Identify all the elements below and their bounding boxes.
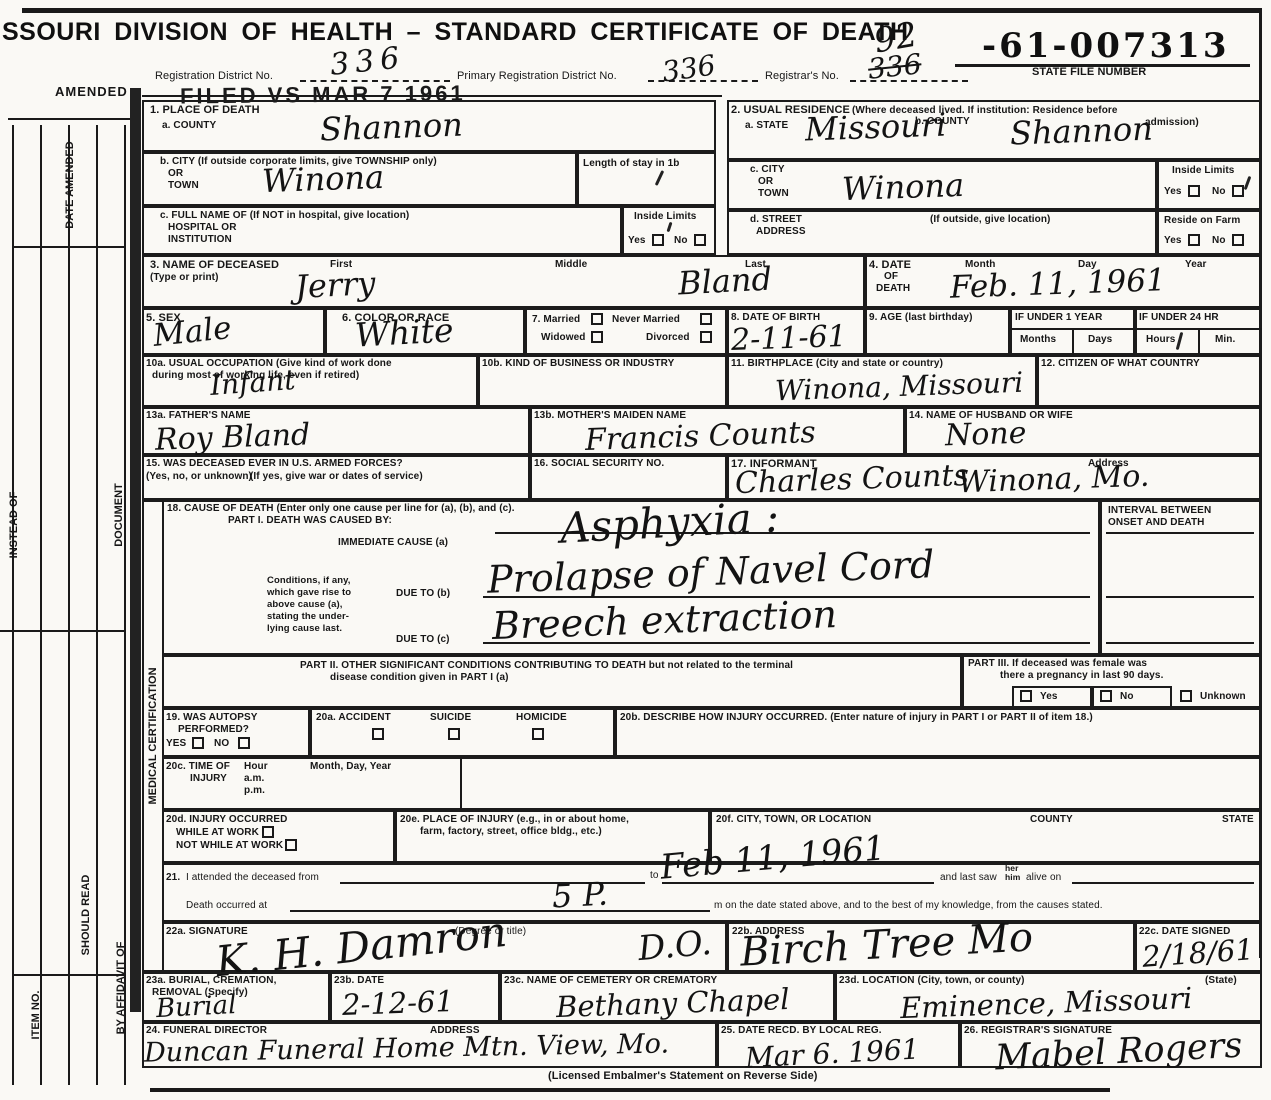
color-or-race-value: White	[354, 310, 454, 354]
amended-label: AMENDED	[55, 84, 128, 100]
top-border-line	[22, 8, 1262, 13]
margin-line	[12, 974, 124, 976]
state-file-number-label: STATE FILE NUMBER	[1032, 66, 1146, 80]
registrar-no-value: 336	[866, 47, 923, 85]
margin-divider-bar	[130, 88, 141, 1012]
place-of-injury-label2: farm, factory, street, office bldg., etc…	[420, 826, 602, 839]
age-label: 9. AGE (last birthday)	[869, 312, 973, 325]
usual-occupation-value: Infant	[209, 363, 297, 402]
first-name-value: Jerry	[294, 264, 376, 306]
never-married-checkbox	[700, 313, 712, 325]
informant-address-value: Winona, Mo.	[957, 459, 1149, 501]
item-no-label: ITEM NO.	[30, 991, 42, 1040]
cause-of-death-label: 18. CAUSE OF DEATH (Enter only one cause…	[167, 503, 515, 516]
bottom-border-line	[150, 1088, 1110, 1092]
divorced-label: Divorced	[646, 332, 690, 345]
inside-limits-1-yes-checkbox	[652, 234, 664, 246]
should-read-label: SHOULD READ	[80, 875, 92, 956]
citizen-of-label: 12. CITIZEN OF WHAT COUNTRY	[1041, 358, 1200, 371]
interval-b-line	[1106, 596, 1254, 598]
hours-label: Hours	[1146, 334, 1175, 347]
conditions-note-1: Conditions, if any,	[267, 576, 351, 586]
date-amended-label: DATE AMENDED	[64, 141, 76, 228]
date-of-birth-value: 2-11-61	[730, 319, 847, 358]
year-header: Year	[1185, 259, 1207, 272]
days-label: Days	[1088, 334, 1112, 347]
name-of-deceased-label: 3. NAME OF DECEASED	[150, 259, 279, 273]
fathers-name-value: Roy Bland	[154, 417, 310, 457]
autopsy-label2: PERFORMED?	[178, 724, 249, 737]
death-statement-text: m on the date stated above, and to the b…	[714, 900, 1103, 913]
state-label: a. STATE	[745, 120, 788, 133]
am-label: a.m.	[244, 773, 264, 786]
death-occurred-text: Death occurred at	[186, 900, 267, 913]
reside-on-farm-label: Reside on Farm	[1164, 215, 1240, 228]
street-address-label: d. STREET	[750, 214, 802, 227]
margin-column-line	[12, 125, 14, 1085]
type-or-print-note: (Type or print)	[150, 272, 219, 285]
armed-forces-label: 15. WAS DECEASED EVER IN U.S. ARMED FORC…	[146, 458, 403, 471]
inside-limits-2-yes-checkbox	[1188, 185, 1200, 197]
date-of-death-value: Feb. 11, 1961	[949, 262, 1166, 306]
alive-on-blank	[1072, 882, 1254, 884]
registration-district-value: 336	[328, 40, 407, 83]
grid-line	[1072, 328, 1074, 355]
last-name-value: Bland	[677, 260, 773, 303]
street-address-note: (If outside, give location)	[930, 214, 1050, 227]
month-day-year-label: Month, Day, Year	[310, 761, 391, 774]
date-of-death-label2: OF	[884, 271, 898, 284]
attended-to-text: to	[650, 870, 659, 883]
county-value: Shannon	[319, 106, 463, 149]
injury-state-label: STATE	[1222, 814, 1254, 827]
conditions-note-5: lying cause last.	[267, 624, 342, 634]
residence-city-or: OR	[758, 176, 773, 189]
if-under-24-hr-label: IF UNDER 24 HR	[1139, 312, 1219, 325]
street-address-label2: ADDRESS	[756, 226, 806, 239]
burial-type-label: 23a. BURIAL, CREMATION,	[146, 975, 276, 988]
death-certificate-scan: AMENDED DATE AMENDED INSTEAD OF DOCUMENT…	[0, 0, 1271, 1100]
married-checkbox	[591, 313, 603, 325]
no-label: No	[1212, 235, 1226, 248]
attended-from-text: I attended the deceased from	[186, 872, 319, 885]
due-to-c-label: DUE TO (c)	[396, 634, 450, 647]
burial-date-value: 2-12-61	[341, 984, 454, 1022]
middle-name-header: Middle	[555, 259, 587, 272]
unknown-label: Unknown	[1200, 691, 1246, 704]
margin-column-line	[96, 125, 98, 1085]
margin-line	[0, 630, 124, 632]
state-file-number: -61-007313	[982, 26, 1229, 66]
conditions-note-3: above cause (a),	[267, 600, 343, 610]
city-town-or: OR	[168, 168, 183, 181]
part2-label2: disease condition given in PART I (a)	[330, 672, 509, 685]
margin-column-line	[40, 125, 42, 1085]
usual-residence-note2: admission)	[1145, 117, 1199, 130]
autopsy-label: 19. WAS AUTOPSY	[166, 712, 258, 725]
conditions-note-4: stating the under-	[267, 612, 349, 622]
burial-date-label: 23b. DATE	[334, 975, 384, 988]
margin-line	[8, 118, 134, 120]
yes-label: Yes	[628, 235, 646, 248]
yes-label: Yes	[1164, 235, 1182, 248]
immediate-cause-label: IMMEDIATE CAUSE (a)	[338, 537, 448, 550]
social-security-label: 16. SOCIAL SECURITY NO.	[534, 458, 664, 471]
part3-label2: there a pregnancy in last 90 days.	[1000, 670, 1163, 683]
suicide-label: SUICIDE	[430, 712, 471, 725]
stamp-strike-line	[142, 95, 722, 97]
length-of-stay-label: Length of stay in 1b	[583, 158, 679, 171]
inside-limits-1-no-checkbox	[694, 234, 706, 246]
pregnancy-no-checkbox	[1100, 690, 1112, 702]
cemetery-state-label: (State)	[1205, 975, 1237, 988]
residence-city-value: Winona	[841, 166, 964, 208]
injury-occurred-label: 20d. INJURY OCCURRED	[166, 814, 287, 827]
hospital-label2: HOSPITAL OR	[168, 222, 237, 235]
autopsy-no-label: NO	[214, 738, 229, 751]
how-injury-occurred-label: 20b. DESCRIBE HOW INJURY OCCURRED. (Ente…	[620, 712, 1093, 725]
homicide-label: HOMICIDE	[516, 712, 567, 725]
interval-label2: ONSET AND DEATH	[1108, 517, 1205, 530]
armed-forces-note1: (Yes, no, or unknown)	[146, 471, 252, 484]
place-of-injury-label: 20e. PLACE OF INJURY (e.g., in or about …	[400, 814, 629, 827]
husband-or-wife-value: None	[944, 416, 1027, 454]
pm-label: p.m.	[244, 785, 265, 798]
city-town-value: Winona	[261, 158, 384, 200]
residence-county-value: Shannon	[1009, 110, 1153, 153]
part1-label: PART I. DEATH WAS CAUSED BY:	[228, 515, 392, 528]
date-of-death-label3: DEATH	[876, 283, 910, 296]
widowed-label: Widowed	[541, 332, 586, 345]
registrar-no-label: Registrar's No.	[765, 70, 839, 84]
primary-district-value: 336	[660, 48, 718, 88]
inside-limits-2-no-checkbox	[1232, 185, 1244, 197]
last-saw-text: and last saw	[940, 872, 997, 885]
suicide-checkbox	[448, 728, 460, 740]
grid-line	[1198, 328, 1200, 355]
interval-c-line	[1106, 642, 1254, 644]
due-to-b-label: DUE TO (b)	[396, 588, 450, 601]
death-time-value: 5 P.	[551, 875, 609, 916]
interval-label: INTERVAL BETWEEN	[1108, 505, 1211, 518]
residence-city-label: c. CITY	[750, 164, 785, 177]
primary-district-label: Primary Registration District No.	[457, 70, 617, 84]
not-while-at-work-checkbox	[285, 839, 297, 851]
medical-certification-label: MEDICAL CERTIFICATION	[147, 667, 159, 804]
place-of-death-title: 1. PLACE OF DEATH	[150, 104, 260, 118]
armed-forces-note2: (If yes, give war or dates of service)	[250, 471, 423, 484]
interval-a-line	[1106, 532, 1254, 534]
accident-label: 20a. ACCIDENT	[316, 712, 391, 725]
city-town-word: TOWN	[168, 180, 199, 193]
him-text: him	[1005, 873, 1020, 882]
divorced-checkbox	[700, 331, 712, 343]
time-of-injury-label: 20c. TIME OF	[166, 761, 230, 774]
part3-label: PART III. If deceased was female was	[968, 658, 1147, 671]
while-at-work-label: WHILE AT WORK	[176, 827, 259, 840]
yes-label: Yes	[1164, 186, 1182, 199]
alive-on-text: alive on	[1026, 872, 1061, 885]
page-title: SSOURI DIVISION OF HEALTH – STANDARD CER…	[2, 18, 909, 47]
autopsy-no-checkbox	[238, 737, 250, 749]
time-of-injury-label2: INJURY	[190, 773, 227, 786]
county-label: a. COUNTY	[162, 120, 216, 133]
no-label: No	[1120, 691, 1134, 704]
document-label: DOCUMENT	[113, 483, 125, 547]
injury-city-label: 20f. CITY, TOWN, OR LOCATION	[716, 814, 871, 827]
margin-line	[12, 246, 124, 248]
residence-city-town: TOWN	[758, 188, 789, 201]
farm-no-checkbox	[1232, 234, 1244, 246]
injury-county-label: COUNTY	[1030, 814, 1073, 827]
autopsy-yes-checkbox	[192, 737, 204, 749]
not-while-at-work-label: NOT WHILE AT WORK	[176, 840, 283, 853]
if-under-1-year-label: IF UNDER 1 YEAR	[1015, 312, 1102, 325]
minutes-label: Min.	[1215, 334, 1235, 347]
conditions-note-2: which gave rise to	[267, 588, 351, 598]
months-label: Months	[1020, 334, 1056, 347]
residence-county-label: b. COUNTY	[915, 116, 970, 129]
married-label: 7. Married	[532, 314, 580, 327]
no-label: No	[674, 235, 688, 248]
hospital-label3: INSTITUTION	[168, 234, 232, 247]
inside-limits-label: Inside Limits	[634, 211, 696, 224]
autopsy-yes-label: YES	[166, 738, 186, 751]
no-label: No	[1212, 186, 1226, 199]
burial-type-value: Burial	[155, 990, 237, 1024]
part2-label: PART II. OTHER SIGNIFICANT CONDITIONS CO…	[300, 660, 793, 673]
cemetery-location-label: 23d. LOCATION (City, town, or county)	[839, 975, 1025, 988]
embalmer-note: (Licensed Embalmer's Statement on Revers…	[548, 1070, 818, 1084]
hospital-label: c. FULL NAME OF (If NOT in hospital, giv…	[160, 210, 409, 223]
never-married-label: Never Married	[612, 314, 680, 327]
pregnancy-unknown-checkbox	[1180, 690, 1192, 702]
by-affidavit-of-label: BY AFFIDAVIT OF	[115, 942, 127, 1035]
degree-value: D.O.	[636, 923, 713, 969]
farm-yes-checkbox	[1188, 234, 1200, 246]
registration-district-label: Registration District No.	[155, 70, 273, 84]
margin-column-line	[68, 125, 70, 1085]
while-at-work-checkbox	[262, 826, 274, 838]
hour-label: Hour	[244, 761, 268, 774]
pregnancy-yes-checkbox	[1020, 690, 1032, 702]
yes-label: Yes	[1040, 691, 1058, 704]
grid-line	[460, 757, 462, 810]
kind-of-business-label: 10b. KIND OF BUSINESS OR INDUSTRY	[482, 358, 674, 371]
accident-checkbox	[372, 728, 384, 740]
item21-number: 21.	[166, 872, 180, 885]
inside-limits-label: Inside Limits	[1172, 165, 1234, 178]
homicide-checkbox	[532, 728, 544, 740]
instead-of-label: INSTEAD OF	[8, 492, 20, 559]
widowed-checkbox	[591, 331, 603, 343]
